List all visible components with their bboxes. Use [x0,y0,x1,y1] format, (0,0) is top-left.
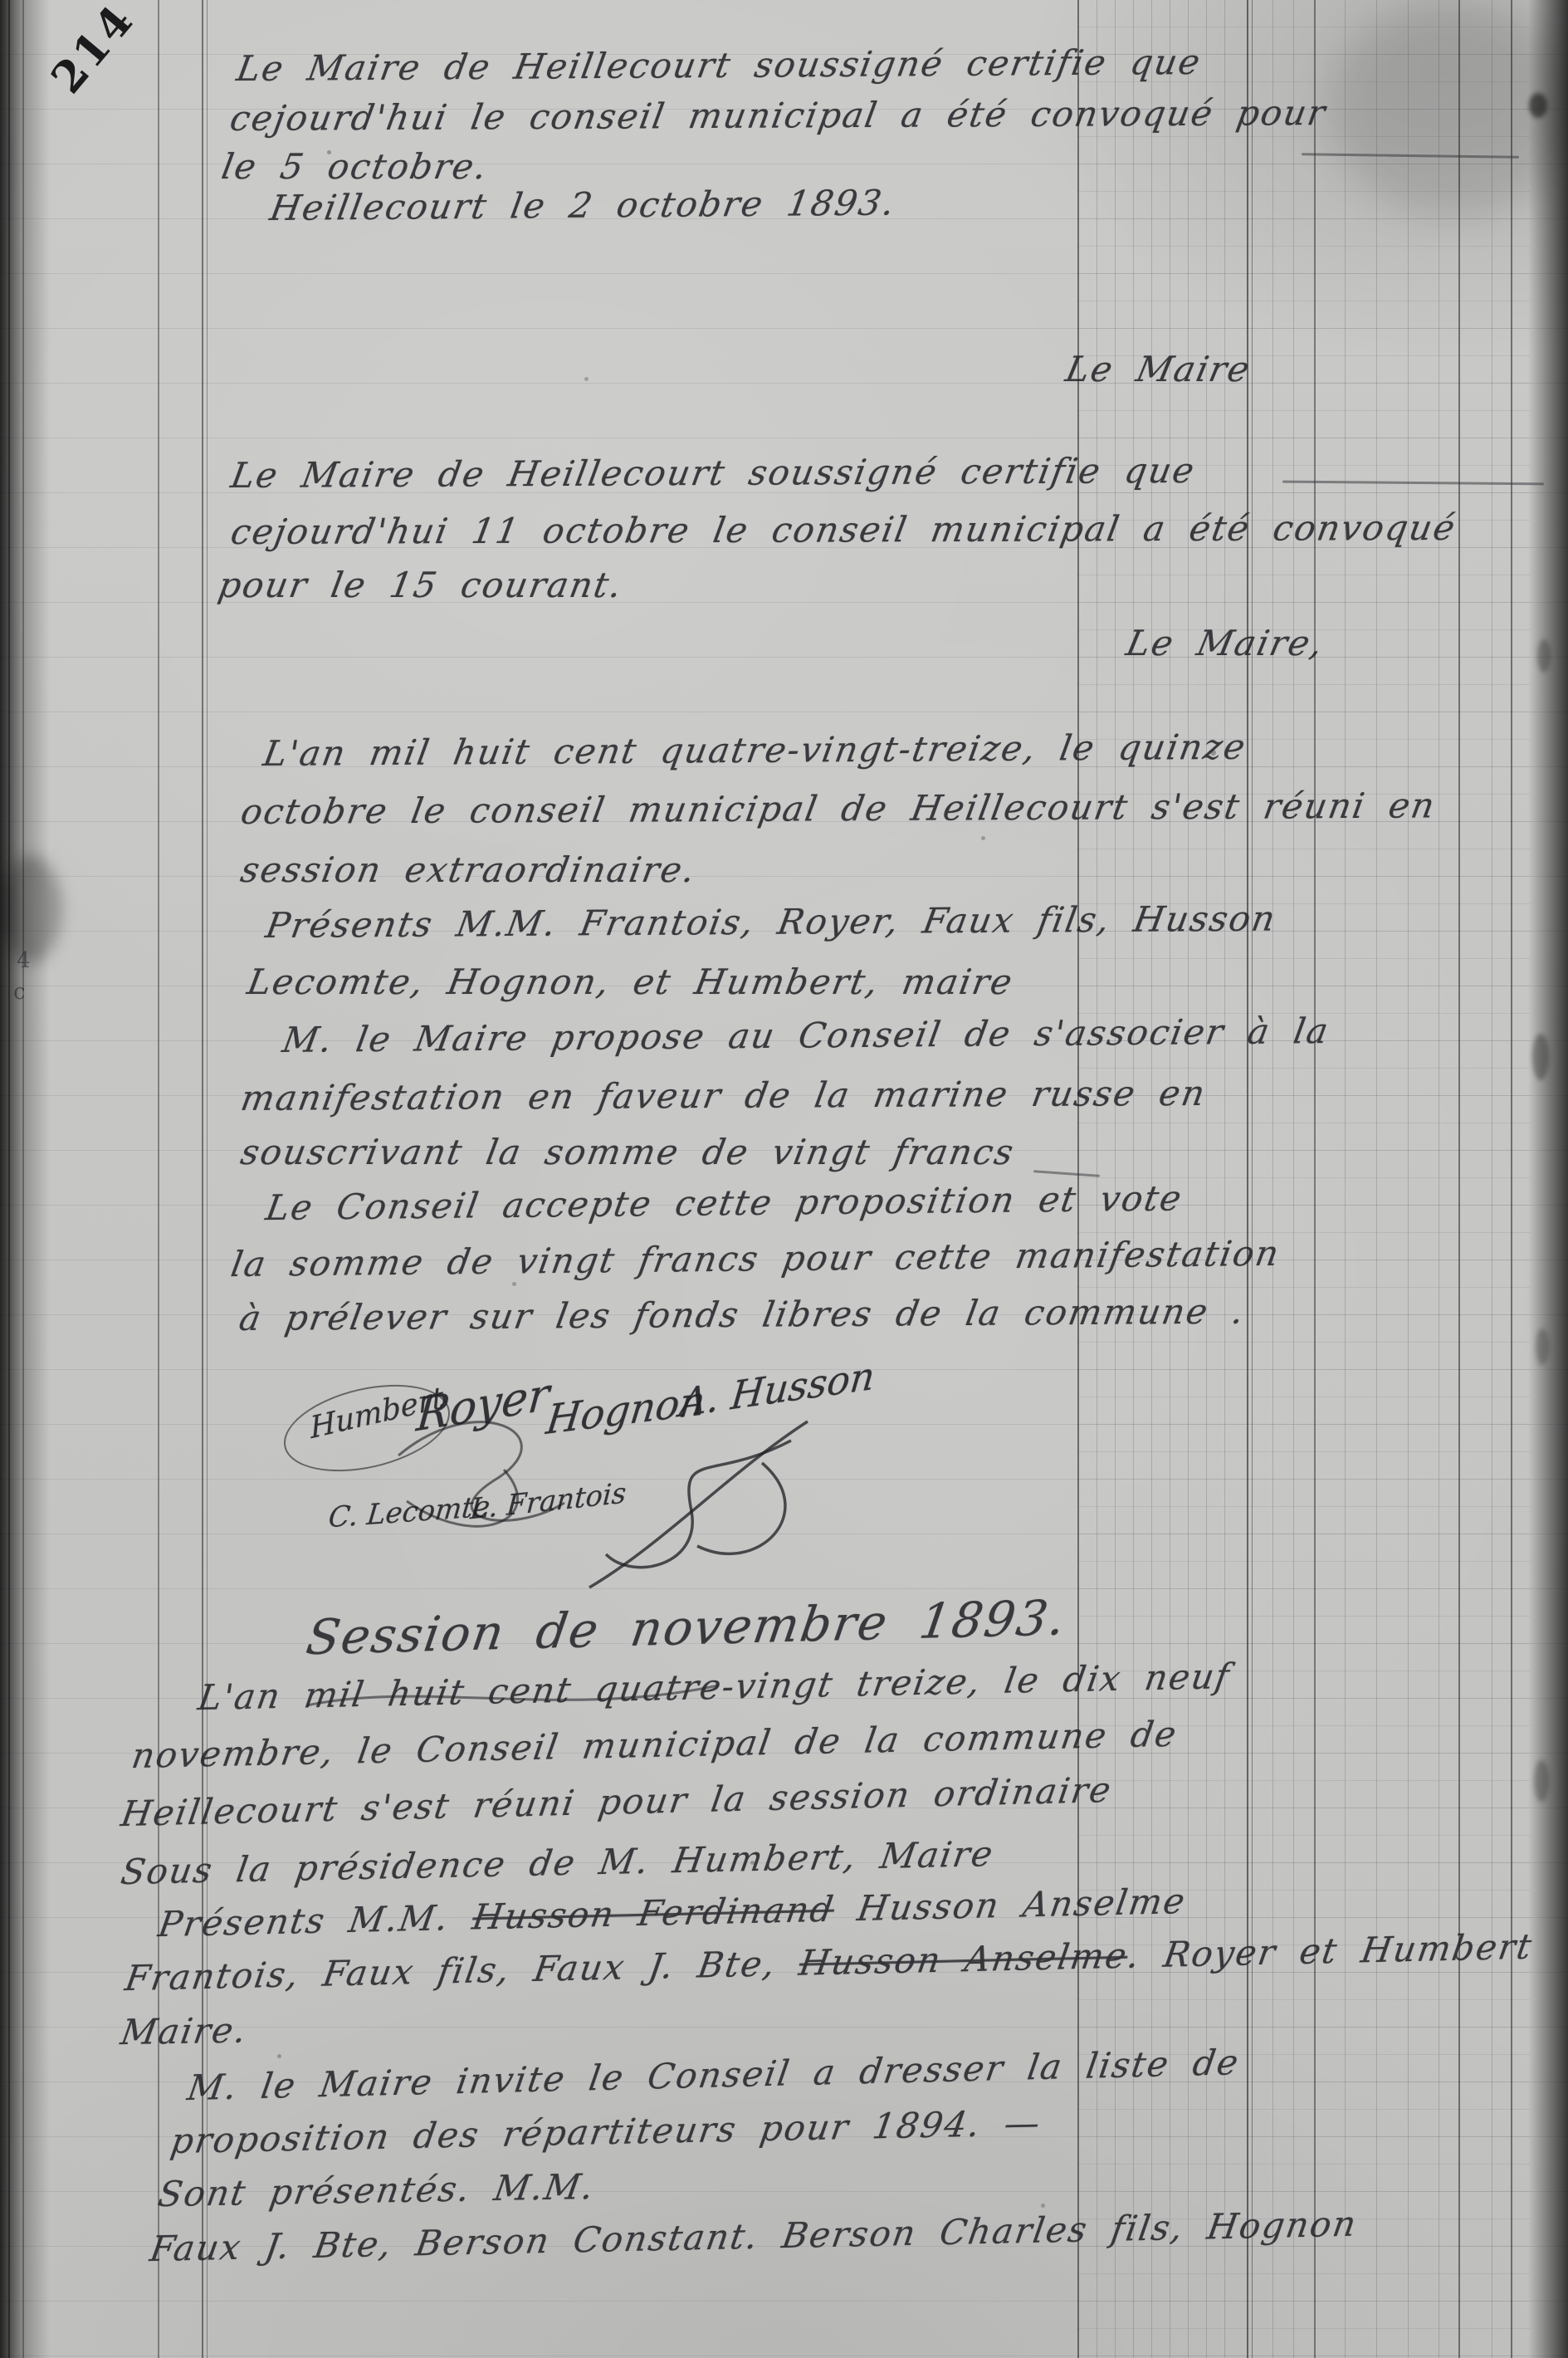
margin-note: 4 [17,948,31,973]
column-rule [1511,0,1512,2358]
signature-royer-flourish [378,1402,585,1543]
manuscript-line: Présents M.M. Frantois, Royer, Faux fils… [263,898,1280,947]
struck-text: Husson Ferdinand [470,1889,838,1938]
manuscript-line: octobre le conseil municipal de Heilleco… [238,785,1439,832]
stain [0,855,61,963]
ink-blotch [1534,1760,1549,1802]
paper-specks [0,0,2,2]
column-rule-thin [1293,0,1294,2358]
column-rule [1458,0,1460,2358]
signoff-le-maire: Le Maire [1062,349,1255,389]
column-rule-thin [1408,0,1409,2358]
signature-paraph-flourish [554,1411,828,1594]
binding-crease [8,0,10,2358]
manuscript-line: Sont présentés. M.M. [155,2166,598,2214]
column-rule-thin [1439,0,1439,2358]
stain [1328,0,1568,216]
binding-gutter-shadow [0,0,50,2358]
manuscript-line: cejourd'hui 11 octobre le conseil munici… [228,507,1460,552]
manuscript-line: le 5 octobre. [218,146,491,187]
manuscript-line: Lecomte, Hognon, et Humbert, maire [244,961,1017,1002]
column-rule-thin [1345,0,1346,2358]
manuscript-line: pour le 15 courant. [215,565,626,605]
column-rule-thin [1492,0,1492,2358]
manuscript-line: cejourd'hui le conseil municipal a été c… [227,92,1330,139]
manuscript-line: Le Maire de Heillecourt soussigné certif… [228,450,1199,496]
ink-blotch [1532,1034,1549,1080]
manuscript-line: Heillecourt le 2 octobre 1893. [267,182,899,228]
column-rule [1314,0,1316,2358]
margin-rule-double [207,0,208,2358]
line-segment: Présents M.M. [155,1896,476,1945]
line-segment: Husson Anselme [831,1881,1189,1930]
margin-rule-double [202,0,203,2358]
margin-note: c [13,980,26,1005]
column-rule-thin [1376,0,1377,2358]
manuscript-line: L'an mil huit cent quatre-vingt-treize, … [261,726,1250,774]
manuscript-line: manifestation en faveur de la marine rus… [238,1073,1209,1118]
column-rule-thin [1272,0,1273,2358]
binding-crease [22,0,24,2358]
manuscript-line: Le Maire de Heillecourt soussigné certif… [234,42,1204,89]
manuscript-line: à prélever sur les fonds libres de la co… [237,1291,1248,1339]
struck-text: Husson Anselme [797,1935,1131,1984]
manuscript-line: Maire. [118,2009,251,2052]
ink-blotch [1536,1328,1549,1365]
ledger-page: 214 4 c Le Maire de Heillecourt soussign… [0,0,1568,2358]
page-edge-shadow [1528,0,1568,2358]
manuscript-line: session extraordinaire. [237,849,699,890]
manuscript-line: souscrivant la somme de vingt francs [237,1132,1018,1172]
ink-blotch [1537,639,1551,673]
margin-rule [158,0,159,2358]
signoff-le-maire: Le Maire, [1123,623,1328,663]
